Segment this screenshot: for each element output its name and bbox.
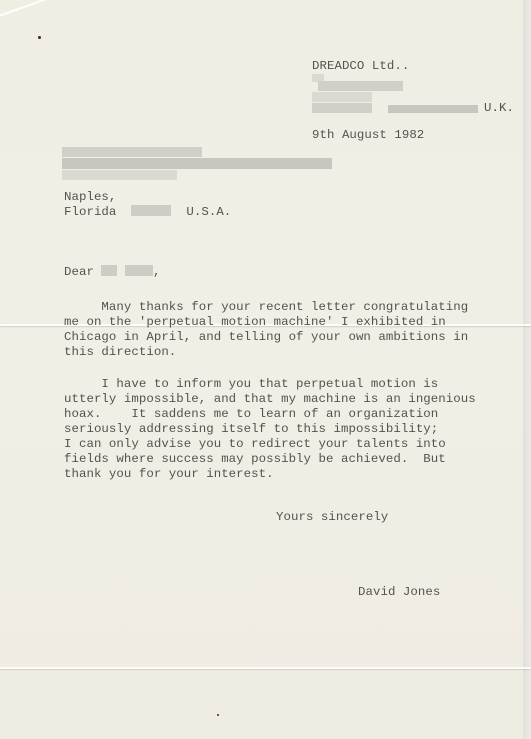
redacted-recipient	[62, 170, 177, 180]
recipient-state: Florida	[64, 205, 116, 219]
closing: Yours sincerely	[276, 510, 388, 525]
body-line: utterly impossible, and that my machine …	[64, 392, 476, 407]
body-line: Chicago in April, and telling of your ow…	[64, 330, 468, 345]
letter-date: 9th August 1982	[312, 128, 424, 143]
body-line: hoax. It saddens me to learn of an organ…	[64, 407, 438, 422]
paper-fold-line	[0, 667, 531, 669]
ink-spot	[217, 714, 219, 716]
body-line: fields where success may possibly be ach…	[64, 452, 446, 467]
body-line: this direction.	[64, 345, 176, 360]
redacted-address	[312, 103, 372, 113]
redacted-name	[101, 265, 117, 276]
redacted-address	[388, 105, 478, 113]
sender-country: U.K.	[484, 101, 514, 116]
redacted-address	[318, 81, 403, 91]
paper-edge	[523, 0, 531, 739]
body-line: me on the 'perpetual motion machine' I e…	[64, 315, 446, 330]
paper-crease	[0, 0, 131, 24]
body-line: seriously addressing itself to this impo…	[64, 422, 438, 437]
redacted-name	[125, 265, 153, 276]
redacted-address	[312, 92, 372, 102]
body-line: I have to inform you that perpetual moti…	[64, 377, 438, 392]
redacted-recipient	[62, 158, 332, 169]
redacted-recipient	[62, 147, 202, 157]
ink-spot	[38, 36, 41, 39]
recipient-state-line: Florida U.S.A.	[64, 205, 231, 220]
signature-name: David Jones	[358, 585, 440, 600]
recipient-country: U.S.A.	[186, 205, 231, 219]
body-line: Many thanks for your recent letter congr…	[64, 300, 468, 315]
sender-company: DREADCO Ltd..	[312, 59, 409, 74]
recipient-city: Naples,	[64, 190, 116, 205]
salutation: Dear ,	[64, 265, 160, 280]
body-line: I can only advise you to redirect your t…	[64, 437, 446, 452]
letter-page: DREADCO Ltd.. U.K. 9th August 1982 Naple…	[0, 0, 531, 739]
body-line: thank you for your interest.	[64, 467, 274, 482]
redacted-zip	[131, 205, 171, 216]
